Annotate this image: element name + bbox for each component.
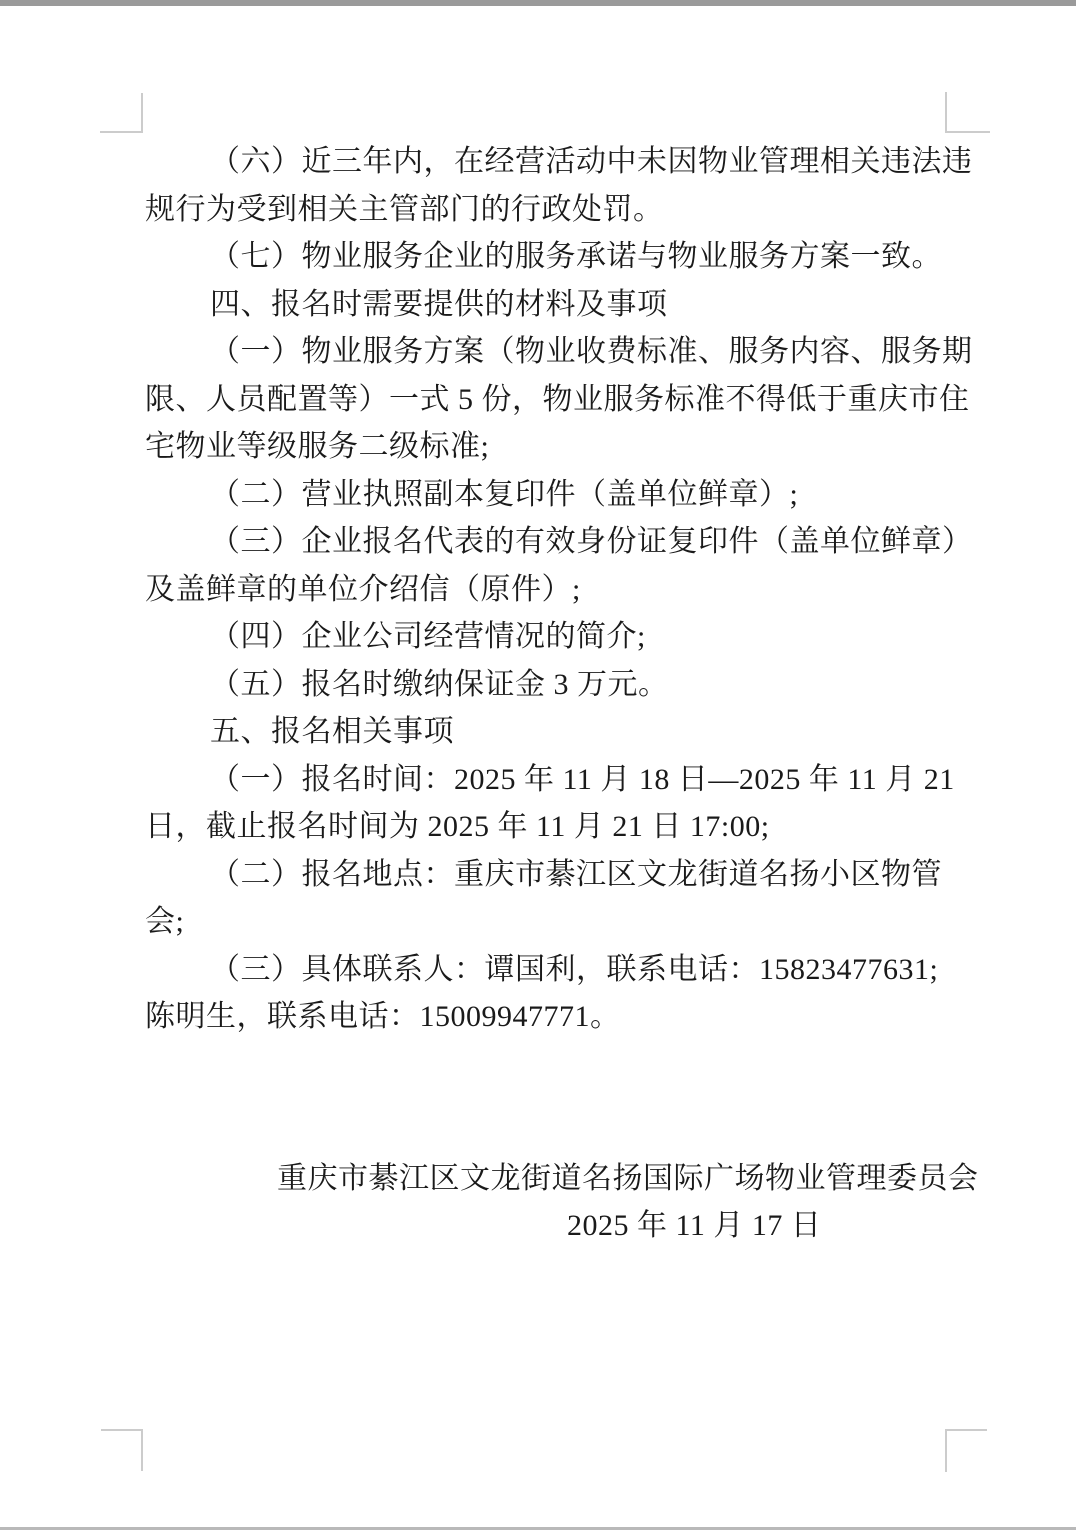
text-line: （一）报名时间：2025 年 11 月 18 日—2025 年 11 月 21: [145, 756, 945, 804]
text-line: （三）企业报名代表的有效身份证复印件（盖单位鲜章）: [145, 518, 945, 566]
bottom-edge-line: [0, 1527, 1076, 1530]
text-line: 五、报名相关事项: [145, 708, 945, 756]
text-line: 四、报名时需要提供的材料及事项: [145, 281, 945, 329]
text-line: （二）营业执照副本复印件（盖单位鲜章）;: [145, 471, 945, 519]
text-line: 陈明生，联系电话：15009947771。: [145, 993, 945, 1041]
text-line: 规行为受到相关主管部门的行政处罚。: [145, 186, 945, 234]
text-line: 宅物业等级服务二级标准;: [145, 423, 945, 471]
text-line: （一）物业服务方案（物业收费标准、服务内容、服务期: [145, 328, 945, 376]
document-page: （六）近三年内，在经营活动中未因物业管理相关违法违规行为受到相关主管部门的行政处…: [0, 0, 1076, 1536]
text-line: 日，截止报名时间为 2025 年 11 月 21 日 17:00;: [145, 803, 945, 851]
text-line: （二）报名地点：重庆市綦江区文龙街道名扬小区物管: [145, 851, 945, 899]
crop-mark-bottom-left: [101, 1429, 143, 1471]
document-body: （六）近三年内，在经营活动中未因物业管理相关违法违规行为受到相关主管部门的行政处…: [145, 138, 945, 1250]
signature-line: 重庆市綦江区文龙街道名扬国际广场物业管理委员会: [277, 1155, 945, 1203]
text-line: 限、人员配置等）一式 5 份，物业服务标准不得低于重庆市住: [145, 376, 945, 424]
body-lines: （六）近三年内，在经营活动中未因物业管理相关违法违规行为受到相关主管部门的行政处…: [145, 138, 945, 1041]
text-line: （七）物业服务企业的服务承诺与物业服务方案一致。: [145, 233, 945, 281]
date-line: 2025 年 11 月 17 日: [567, 1202, 945, 1250]
text-line: （五）报名时缴纳保证金 3 万元。: [145, 661, 945, 709]
crop-mark-top-left: [100, 93, 143, 133]
crop-mark-bottom-right: [945, 1429, 987, 1472]
text-line: 及盖鲜章的单位介绍信（原件）;: [145, 566, 945, 614]
top-edge-bar: [0, 0, 1076, 6]
text-line: （六）近三年内，在经营活动中未因物业管理相关违法违: [145, 138, 945, 186]
crop-mark-top-right: [945, 92, 990, 133]
text-line: （三）具体联系人：谭国利，联系电话：15823477631;: [145, 946, 945, 994]
text-line: 会;: [145, 898, 945, 946]
text-line: （四）企业公司经营情况的简介;: [145, 613, 945, 661]
